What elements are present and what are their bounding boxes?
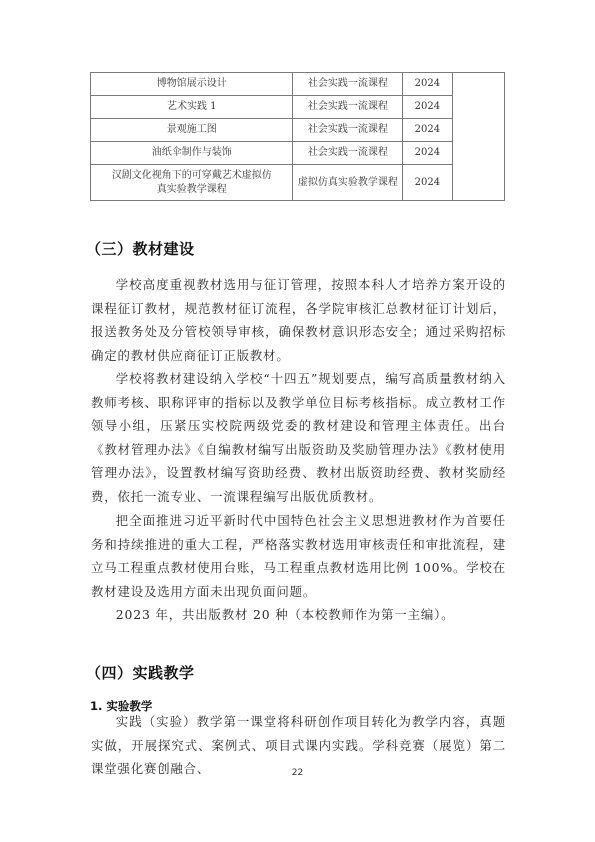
course-type-cell: 社会实践一流课程 <box>293 142 403 165</box>
course-name-cell: 博物馆展示设计 <box>91 73 293 96</box>
table-row: 油纸伞制作与装饰 社会实践一流课程 2024 <box>91 142 505 165</box>
table-row: 艺术实践 1 社会实践一流课程 2024 <box>91 96 505 119</box>
merged-empty-cell <box>452 73 504 201</box>
paragraph: 学校高度重视教材选用与征订管理，按照本科人才培养方案开设的课程征订教材，规范教材… <box>91 273 506 367</box>
course-name-cell: 油纸伞制作与装饰 <box>91 142 293 165</box>
section-heading-textbook: （三）教材建设 <box>86 238 195 259</box>
course-name-cell: 景观施工图 <box>91 119 293 142</box>
course-name-cell: 艺术实践 1 <box>91 96 293 119</box>
course-year-cell: 2024 <box>403 96 452 119</box>
course-type-cell: 虚拟仿真实验教学课程 <box>293 165 403 201</box>
course-type-cell: 社会实践一流课程 <box>293 73 403 96</box>
table-row: 汉剧文化视角下的可穿戴艺术虚拟仿 真实验教学课程 虚拟仿真实验教学课程 2024 <box>91 165 505 201</box>
paragraph: 2023 年，共出版教材 20 种（本校教师作为第一主编）。 <box>91 603 506 627</box>
course-year-cell: 2024 <box>403 119 452 142</box>
course-name-line: 汉剧文化视角下的可穿戴艺术虚拟仿 <box>93 169 290 183</box>
course-year-cell: 2024 <box>403 142 452 165</box>
course-name-line: 真实验教学课程 <box>93 183 290 197</box>
table-row: 博物馆展示设计 社会实践一流课程 2024 <box>91 73 505 96</box>
course-year-cell: 2024 <box>403 73 452 96</box>
section-heading-practice: （四）实践教学 <box>86 662 195 683</box>
document-page: 博物馆展示设计 社会实践一流课程 2024 艺术实践 1 社会实践一流课程 20… <box>0 0 595 842</box>
paragraph: 学校将教材建设纳入学校“十四五”规划要点，编写高质量教材纳入教师考核、职称评审的… <box>91 367 506 509</box>
paragraph: 把全面推进习近平新时代中国特色社会主义思想进教材作为首要任务和持续推进的重大工程… <box>91 509 506 603</box>
course-year-cell: 2024 <box>403 165 452 201</box>
course-table: 博物馆展示设计 社会实践一流课程 2024 艺术实践 1 社会实践一流课程 20… <box>90 72 505 201</box>
course-type-cell: 社会实践一流课程 <box>293 96 403 119</box>
page-number: 22 <box>0 768 595 778</box>
table-row: 景观施工图 社会实践一流课程 2024 <box>91 119 505 142</box>
course-name-cell: 汉剧文化视角下的可穿戴艺术虚拟仿 真实验教学课程 <box>91 165 293 201</box>
course-type-cell: 社会实践一流课程 <box>293 119 403 142</box>
